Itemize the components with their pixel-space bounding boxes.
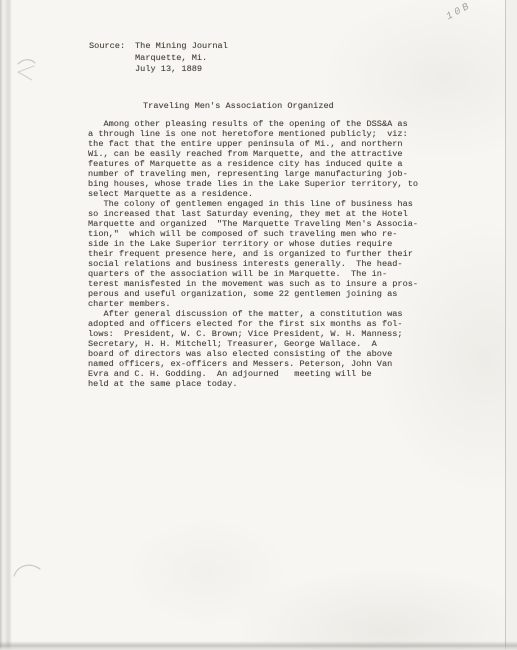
handwritten-page-number: 10B <box>445 1 474 23</box>
document-page: 10B Source: The Mining Journal Marquette… <box>0 0 517 650</box>
publication-date: July 13, 1889 <box>135 64 202 76</box>
publication-location: Marquette, Mi. <box>135 53 207 65</box>
pencil-check-mark <box>8 53 40 85</box>
source-label: Source: <box>89 41 125 53</box>
publication-name: The Mining Journal <box>135 41 228 53</box>
paper-edge-right <box>505 0 517 650</box>
article-paragraph: Among other pleasing results of the open… <box>88 119 418 199</box>
article-paragraph: After general discussion of the matter, … <box>88 309 418 389</box>
article-body: Among other pleasing results of the open… <box>88 119 418 389</box>
article-title: Traveling Men's Association Organized <box>143 101 334 113</box>
pencil-arc-mark <box>8 558 46 584</box>
article-paragraph: The colony of gentlemen engaged in this … <box>88 199 418 309</box>
paper-edge-left <box>0 0 14 650</box>
paper-edge-bottom <box>0 641 517 650</box>
